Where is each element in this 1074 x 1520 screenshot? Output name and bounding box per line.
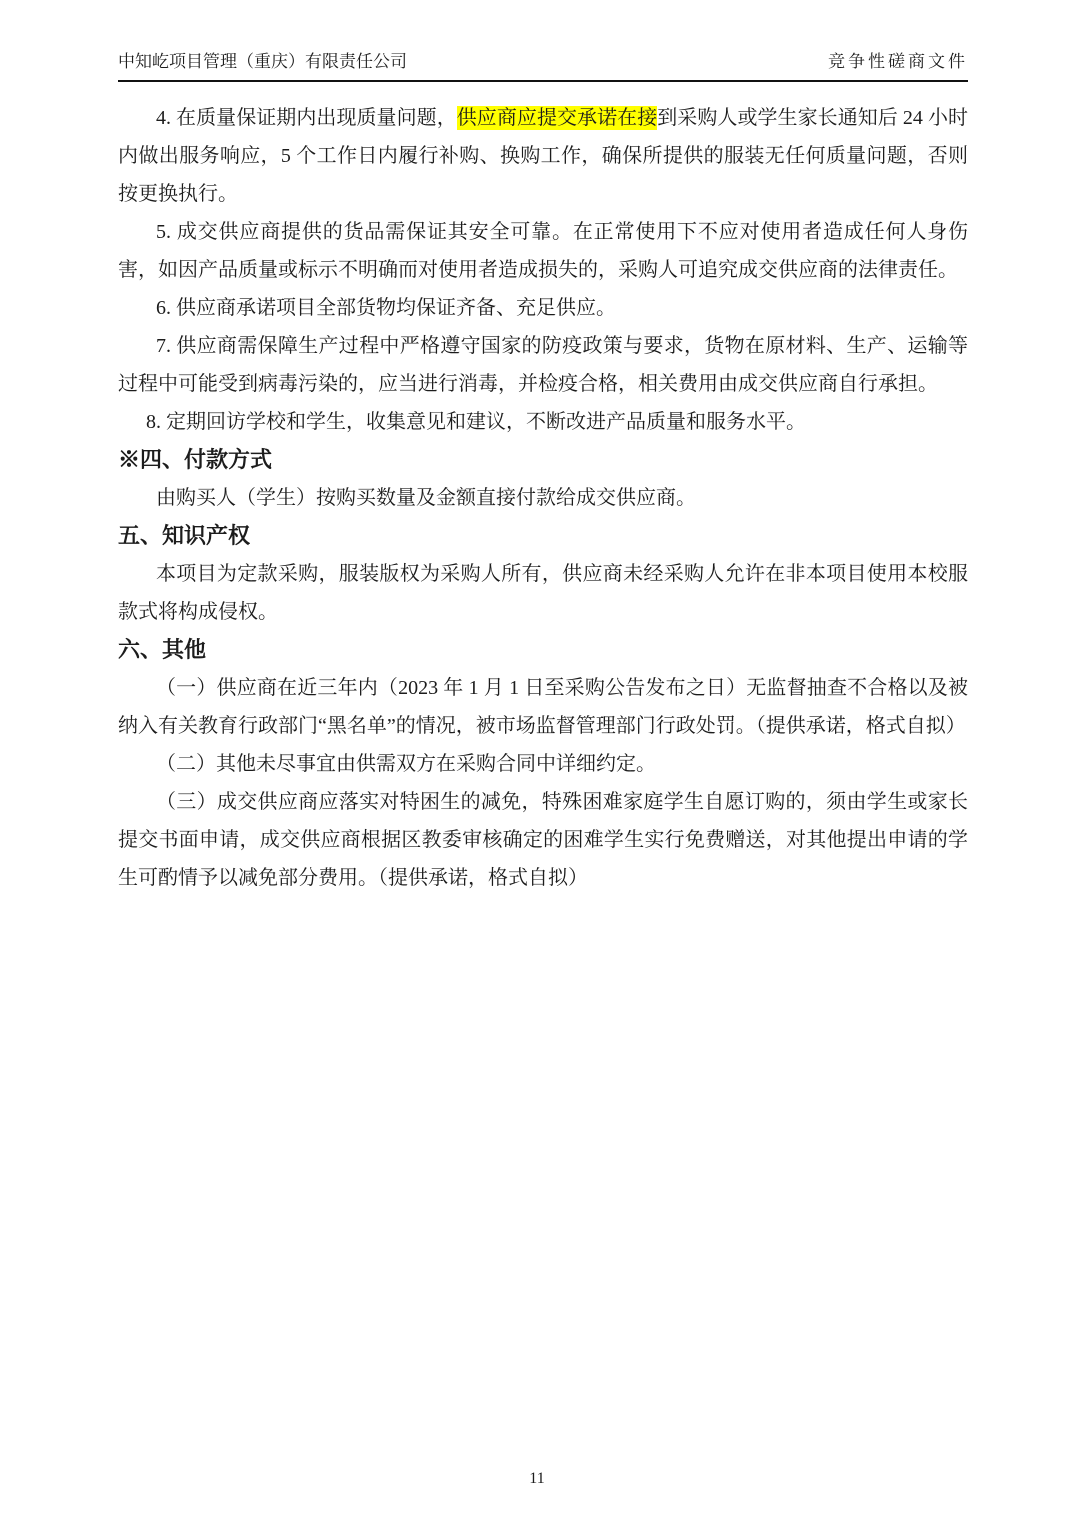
clause-8: 8. 定期回访学校和学生，收集意见和建议，不断改进产品质量和服务水平。 bbox=[118, 403, 968, 441]
header-document-type: 竞争性磋商文件 bbox=[828, 50, 968, 74]
clause-6: 6. 供应商承诺项目全部货物均保证齐备、充足供应。 bbox=[118, 289, 968, 327]
payment-terms: 由购买人（学生）按购买数量及金额直接付款给成交供应商。 bbox=[118, 479, 968, 517]
section-heading-payment: ※四、付款方式 bbox=[118, 441, 968, 479]
other-item-2: （二）其他未尽事宜由供需双方在采购合同中详细约定。 bbox=[118, 745, 968, 783]
section-heading-other: 六、其他 bbox=[118, 631, 968, 669]
document-body: 4. 在质量保证期内出现质量问题，供应商应提交承诺在接到采购人或学生家长通知后 … bbox=[118, 99, 968, 897]
clause-7: 7. 供应商需保障生产过程中严格遵守国家的防疫政策与要求，货物在原材料、生产、运… bbox=[118, 327, 968, 403]
intellectual-property-terms: 本项目为定款采购，服装版权为采购人所有，供应商未经采购人允许在非本项目使用本校服… bbox=[118, 555, 968, 631]
page-header: 中知屹项目管理（重庆）有限责任公司 竞争性磋商文件 bbox=[118, 50, 968, 82]
other-item-1: （一）供应商在近三年内（2023 年 1 月 1 日至采购公告发布之日）无监督抽… bbox=[118, 669, 968, 745]
section-heading-intellectual-property: 五、知识产权 bbox=[118, 517, 968, 555]
clause-4-text-before: 4. 在质量保证期内出现质量问题， bbox=[156, 107, 457, 129]
document-page: 中知屹项目管理（重庆）有限责任公司 竞争性磋商文件 4. 在质量保证期内出现质量… bbox=[0, 0, 1074, 1520]
clause-5: 5. 成交供应商提供的货品需保证其安全可靠。在正常使用下不应对使用者造成任何人身… bbox=[118, 213, 968, 289]
page-number: 11 bbox=[529, 1470, 544, 1487]
page-footer: 11 bbox=[0, 1470, 1074, 1488]
clause-4: 4. 在质量保证期内出现质量问题，供应商应提交承诺在接到采购人或学生家长通知后 … bbox=[118, 99, 968, 213]
header-company-name: 中知屹项目管理（重庆）有限责任公司 bbox=[118, 50, 407, 74]
other-item-3: （三）成交供应商应落实对特困生的减免，特殊困难家庭学生自愿订购的，须由学生或家长… bbox=[118, 783, 968, 897]
clause-4-highlighted-text: 供应商应提交承诺在接 bbox=[457, 106, 658, 130]
